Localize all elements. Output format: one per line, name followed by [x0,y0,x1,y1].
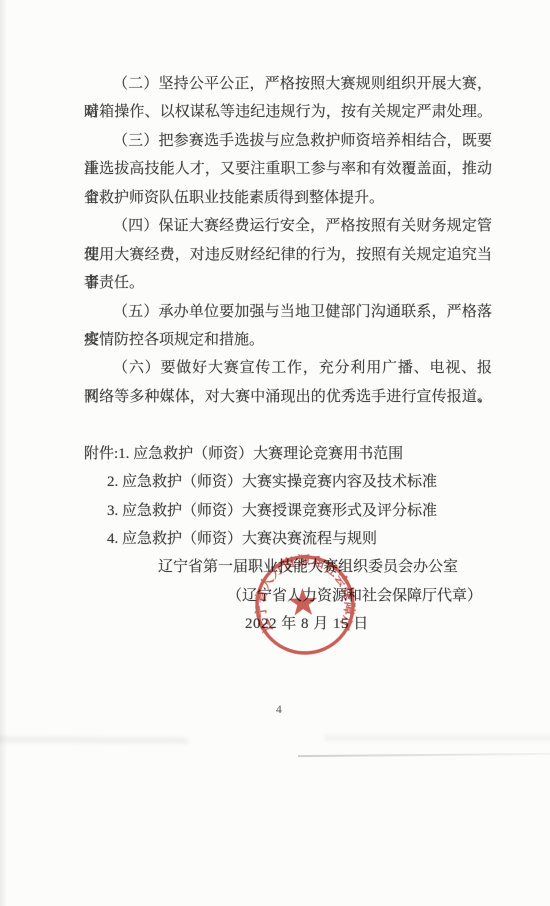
text-line: 者责任。 [84,269,492,297]
text-line: 疫情防控各项规定和措施。 [84,326,492,354]
official-seal: 辽宁省人力资源和社会保障厅 [241,541,369,669]
text-line: 省救护师资队伍职业技能素质得到整体提升。 [84,184,492,212]
scan-smudge [325,735,550,741]
text-line: （五）承办单位要加强与当地卫健部门沟通联系，严格落实 [84,298,492,326]
text-line: 网络等多种媒体，对大赛中涌现出的优秀选手进行宣传报道。 [84,383,492,411]
text-line: （四）保证大赛经费运行安全，严格按照有关财务规定管理 [84,212,492,240]
attachment-item: 2. 应急救护（师资）大赛实操竞赛内容及技术标准 [84,468,492,496]
scan-fold-line [298,753,550,757]
text-line: 使用大赛经费，对违反财经纪律的行为，按照有关规定追究当事 [84,241,492,269]
seal-star-icon [288,588,318,616]
text-line: 暗箱操作、以权谋私等违纪违规行为，按有关规定严肃处理。 [84,98,492,126]
text-line: （二）坚持公平公正，严格按照大赛规则组织开展大赛，对 [84,70,492,98]
scan-edge-shadow [0,0,7,906]
blank-line [84,411,492,439]
page-number: 4 [276,704,296,716]
svg-text:辽宁省人力资源和社会保障厅: 辽宁省人力资源和社会保障厅 [251,551,359,635]
attachment-item: 3. 应急救护（师资）大赛授课竞赛形式及评分标准 [84,497,492,525]
document-page: （二）坚持公平公正，严格按照大赛规则组织开展大赛，对 暗箱操作、以权谋私等违纪违… [0,0,550,906]
attachments-label-line: 附件:1. 应急救护（师资）大赛理论竞赛用书范围 [84,440,492,468]
text-line: 重选拔高技能人才，又要注重职工参与率和有效覆盖面，推动全 [84,155,492,183]
text-line: （三）把参赛选手选拔与应急救护师资培养相结合，既要注 [84,127,492,155]
seal-text: 辽宁省人力资源和社会保障厅 [251,551,359,635]
text-line: （六）要做好大赛宣传工作，充分利用广播、电视、报刊、 [84,354,492,382]
scan-smudge [0,736,188,743]
